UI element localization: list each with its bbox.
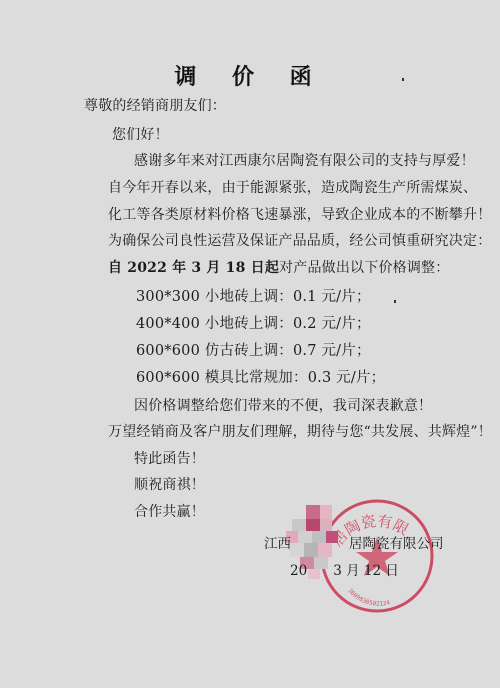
effective-date-line: 自 2022 年 3 月 18 日起对产品做出以下价格调整： bbox=[108, 257, 449, 277]
company-name-prefix: 江西 bbox=[264, 536, 291, 552]
hope-line: 万望经销商及客户朋友们理解，期待与您“共发展、共辉煌”！ bbox=[108, 421, 492, 441]
greeting: 您们好！ bbox=[112, 124, 169, 144]
paragraph-reason-1: 自今年开春以来，由于能源紧张，造成陶瓷生产所需煤炭、 bbox=[108, 177, 477, 197]
signature-company: 江西居陶瓷有限公司 bbox=[264, 532, 444, 552]
price-item-400: 400*400 小地砖上调：0.2 元/片； bbox=[136, 312, 371, 333]
letter-page: 调 价 函 尊敬的经销商朋友们： 您们好！ 感谢多年来对江西康尔居陶瓷有限公司的… bbox=[0, 0, 500, 688]
effective-date: 自 2022 年 3 月 18 日起 bbox=[108, 260, 279, 276]
date-prefix: 20 bbox=[290, 563, 307, 579]
price-item-600-mold: 600*600 模具比常规加：0.3 元/片； bbox=[136, 366, 385, 387]
company-name-suffix: 居陶瓷有限公司 bbox=[349, 536, 444, 552]
closing-cooperation: 合作共赢！ bbox=[134, 501, 205, 521]
paragraph-decision: 为确保公司良性运营及保证产品品质，经公司慎重研究决定： bbox=[108, 230, 491, 250]
apology-line: 因价格调整给您们带来的不便，我司深表歉意！ bbox=[134, 395, 432, 415]
closing-wishes: 顺祝商祺！ bbox=[134, 474, 205, 494]
date-suffix: 3 月 12 日 bbox=[333, 563, 399, 579]
document-title: 调 价 函 bbox=[0, 60, 500, 91]
salutation: 尊敬的经销商朋友们： bbox=[84, 95, 226, 115]
paragraph-reason-2: 化工等各类原材料价格飞速暴涨，导致企业成本的不断攀升！ bbox=[108, 204, 491, 224]
scan-speck bbox=[394, 300, 396, 303]
closing-notice: 特此函告！ bbox=[134, 448, 205, 468]
price-item-300: 300*300 小地砖上调：0.1 元/片； bbox=[136, 285, 371, 306]
scan-speck bbox=[402, 78, 404, 81]
price-item-600-antique: 600*600 仿古砖上调：0.7 元/片； bbox=[136, 339, 371, 360]
paragraph-thanks: 感谢多年来对江西康尔居陶瓷有限公司的支持与厚爱！ bbox=[134, 150, 475, 170]
effective-date-rest: 对产品做出以下价格调整： bbox=[279, 260, 449, 276]
signature-date: 203 月 12 日 bbox=[290, 559, 399, 579]
